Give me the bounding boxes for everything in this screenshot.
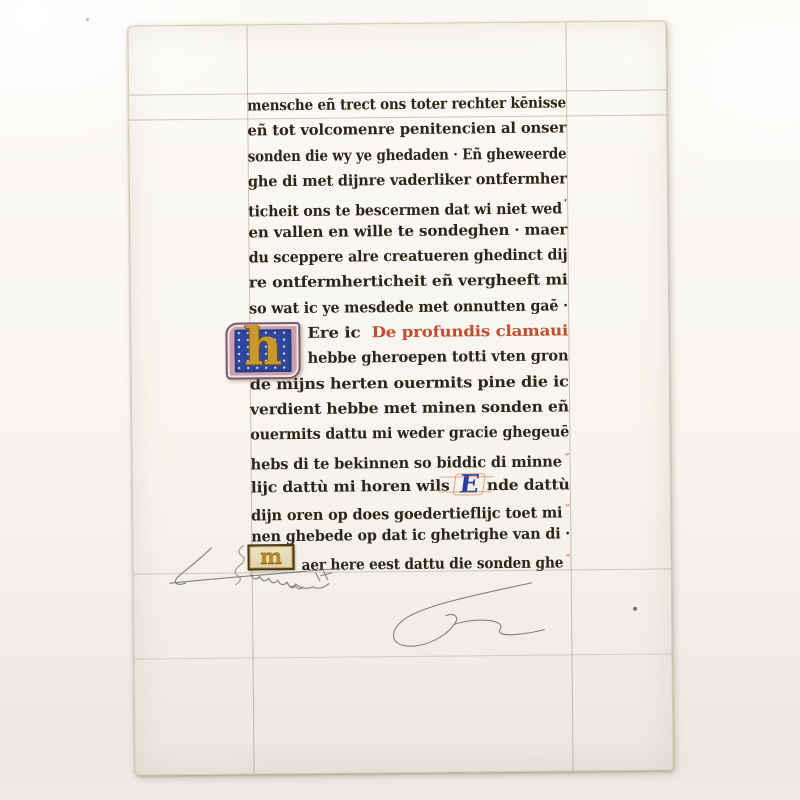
text-line: aer here eest dattu die sonden ghe″ [251, 547, 570, 575]
abbreviation-mark: ʼ [564, 199, 567, 210]
line-text: en vallen en wille te sondeghen · maer [248, 220, 567, 241]
manuscript-leaf: mensche eñ trect ons toter rechter kēnis… [127, 20, 673, 775]
line-text: hebbe gheroepen totti vten gron [308, 347, 569, 368]
line-text: sonden die wy ye ghedaden · Eñ gheweerde [248, 144, 567, 165]
text-line: lijc dattù mi horen wilsEnde dattù [251, 471, 570, 499]
line-text: nen ghebede op dat ic ghetrighe van di · [251, 524, 570, 545]
lombard-initial-e: E [452, 473, 485, 495]
dust-speck [86, 18, 89, 21]
text-line: ticheit ons te bescermen dat wi niet wed… [248, 192, 567, 220]
text-line: nen ghebede op dat ic ghetrighe van di · [251, 521, 570, 549]
text-line: hebs di te bekinnen so biddic di minne″ [250, 445, 569, 473]
red-line-end-mark: ″ [565, 502, 570, 515]
text-line: dijn oren op does goedertieflijc toet mi… [251, 496, 570, 524]
line-text: eñ tot volcomenre penitencien al onser [247, 119, 566, 140]
line-text: mensche eñ trect ons toter rechter kēnis… [247, 93, 566, 114]
line-text: Ere ic [307, 323, 371, 342]
text-line: re ontfermherticheit eñ vergheeft mi [249, 268, 568, 296]
text-line: verdient hebbe met minen sonden eñ [250, 395, 569, 423]
initial-m-letter: m [260, 546, 282, 566]
text-line: eñ tot volcomenre penitencien al onser [247, 116, 566, 144]
red-line-end-mark: ″ [565, 451, 570, 464]
line-text: re ontfermherticheit eñ vergheeft mi [249, 271, 568, 292]
line-text: aer here eest dattu die sonden ghe [302, 554, 564, 575]
text-line: mensche eñ trect ons toter rechter kēnis… [247, 90, 566, 118]
line-text: ouermits dattu mi weder gracie ghegeuē [250, 423, 569, 444]
line-text: du sceppere alre creatueren ghedinct dij [249, 245, 568, 266]
line-text: ghe di met dijnre vaderliker ontfermher [248, 169, 567, 190]
red-line-end-mark: ″ [566, 553, 570, 566]
line-text: lijc dattù mi horen wils [251, 477, 450, 497]
initial-h-letter: h [225, 317, 301, 378]
line-text: verdient hebbe met minen sonden eñ [250, 398, 569, 419]
line-text: nde dattù [487, 476, 570, 495]
decorated-initial-m: m [247, 544, 294, 570]
ruling-line-horizontal-bottom2 [134, 653, 671, 659]
rubric-text: De profundis clamaui [371, 321, 568, 341]
line-text: so wat ic ye mesdede met onnutten gaē · [249, 296, 568, 317]
text-line: sonden die wy ye ghedaden · Eñ gheweerde [248, 141, 567, 169]
text-line: en vallen en wille te sondeghen · maer [248, 217, 567, 245]
text-line: ghe di met dijnre vaderliker ontfermher [248, 166, 567, 194]
text-line: ouermits dattu mi weder gracie ghegeuē [250, 420, 569, 448]
illuminated-initial-h: h [225, 322, 301, 380]
photo-background: mensche eñ trect ons toter rechter kēnis… [0, 0, 800, 800]
text-line: du sceppere alre creatueren ghedinct dij [249, 242, 568, 270]
ink-dot [633, 607, 637, 611]
